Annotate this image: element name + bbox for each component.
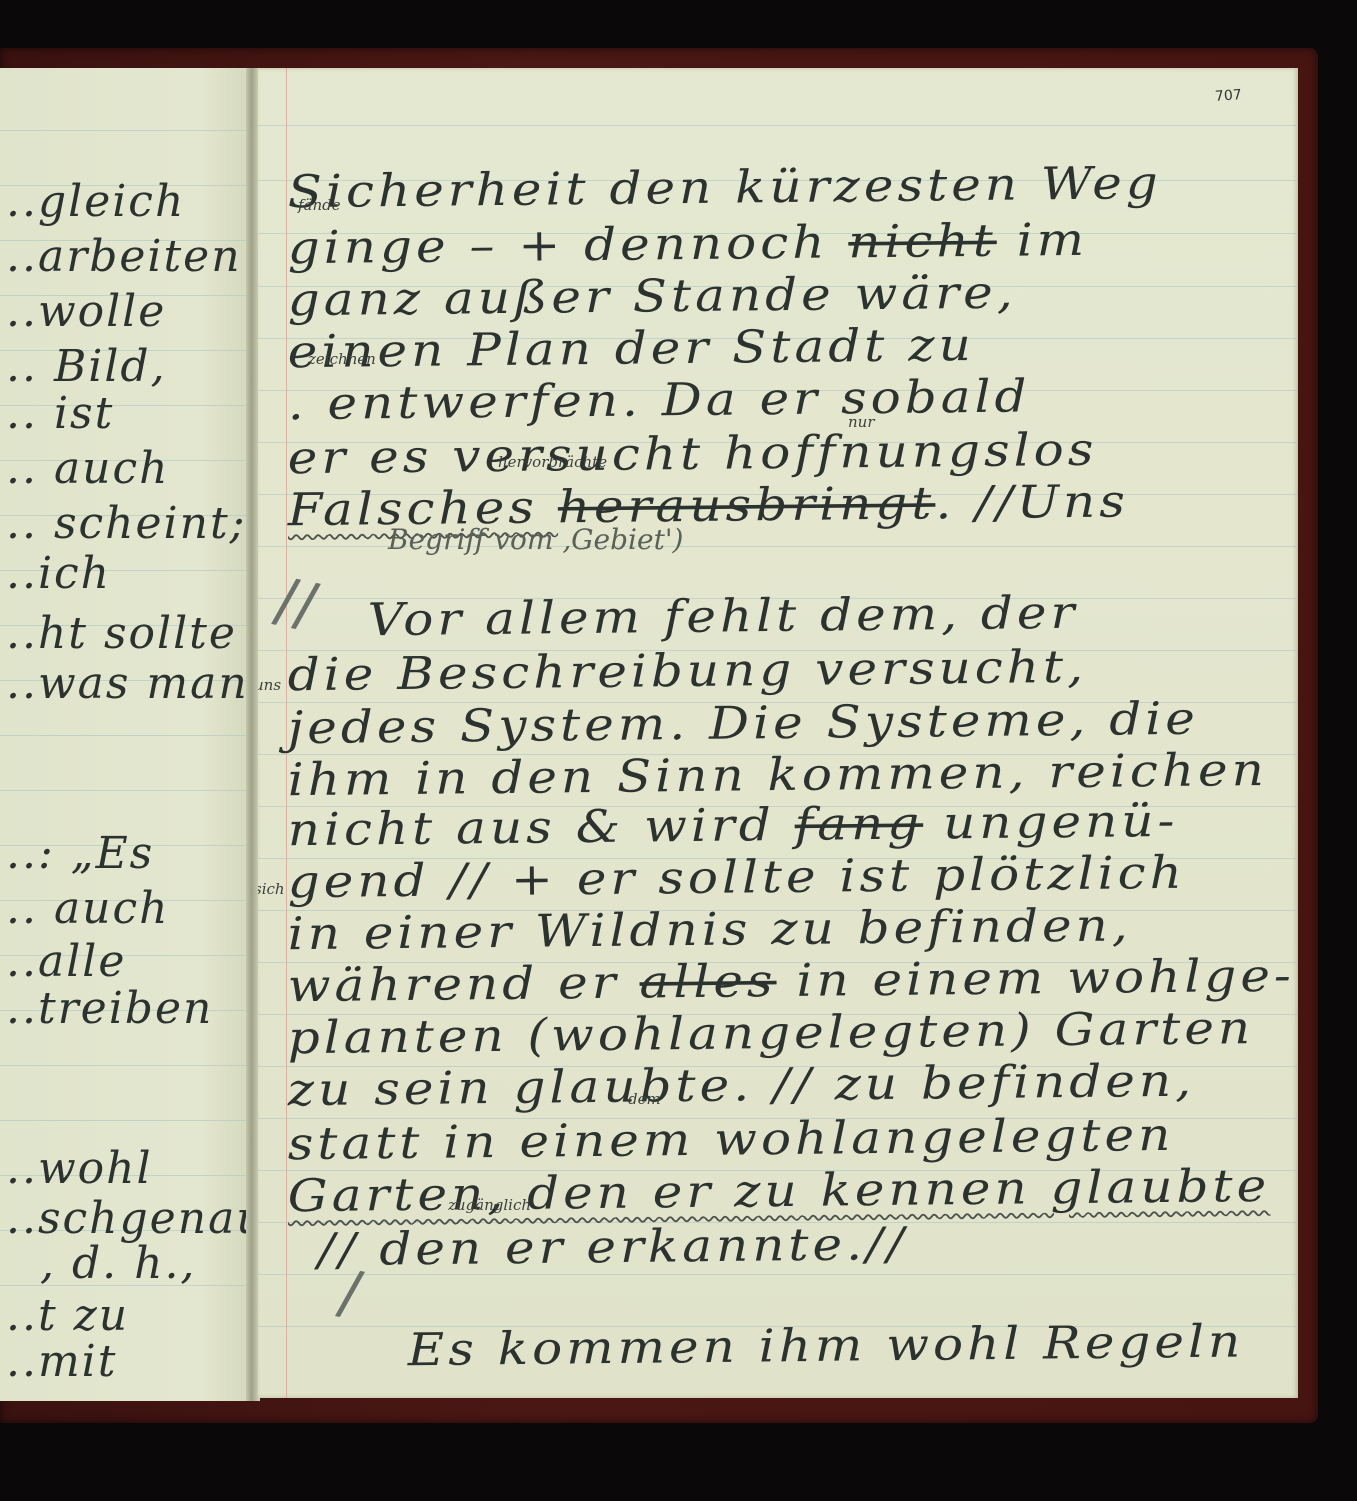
left-line: ...gleich (0, 176, 185, 227)
left-line: ... scheint; (0, 498, 246, 549)
handwritten-line: ganz außer Stande wäre, (287, 266, 1016, 326)
left-line: ...was man (0, 658, 249, 709)
line-text: . //Uns (935, 475, 1129, 529)
page-number: 707 (1215, 87, 1243, 105)
handwritten-line: in einer Wildnis zu befinden, (287, 899, 1131, 960)
left-line: ...schgenau (0, 1193, 250, 1244)
left-line: ...treiben (0, 983, 213, 1034)
line-text: im (996, 213, 1088, 266)
line-text: in einem wohlge- (776, 949, 1295, 1007)
handwritten-line: Garten, den er zu kennen glaubte (287, 1160, 1270, 1222)
ruled-line (0, 790, 250, 791)
line-text: Garten, den er zu kennen glaubte (287, 1160, 1270, 1222)
left-line: ...arbeiten (0, 231, 242, 282)
line-text: ginge – + dennoch (287, 216, 848, 274)
left-line: ...: „Es (0, 828, 154, 879)
interlinear-insertion: zugänglich (448, 1196, 531, 1214)
handwritten-line: nicht aus & wird fang ungenü- (287, 794, 1178, 856)
left-line: ...ht sollte (0, 608, 237, 659)
left-line: ...wohl (0, 1143, 153, 1194)
interlinear-insertion: sich (258, 880, 285, 898)
handwritten-line: // den er erkannte.// (317, 1218, 907, 1276)
handwritten-line: Es kommen ihm wohl Regeln (407, 1315, 1244, 1376)
handwritten-line: . entwerfen. Da er sobald (287, 370, 1030, 430)
editorial-mark: // (269, 565, 323, 642)
left-page: ...gleich ...arbeiten ...wolle ... Bild,… (0, 68, 250, 1401)
ruled-line (0, 1120, 250, 1121)
left-line: ... auch (0, 443, 170, 494)
left-line: ...t zu (0, 1290, 129, 1341)
left-line: ... auch (0, 883, 170, 934)
handwritten-line: einen Plan der Stadt zu (287, 319, 975, 378)
interlinear-insertion: zeichnen (308, 350, 376, 368)
handwritten-line: er es versucht hoffnungslos (287, 423, 1097, 484)
left-line: , d. h., (40, 1238, 196, 1289)
interlinear-insertion: fände (298, 196, 341, 214)
line-text: nicht aus & wird (287, 798, 794, 856)
notebook-scan: ...gleich ...arbeiten ...wolle ... Bild,… (0, 0, 1357, 1501)
struck-word: alles (639, 955, 777, 1009)
struck-word: fang (794, 797, 923, 851)
handwritten-line: gend // + er sollte ist plötzlich (287, 846, 1186, 908)
interlinear-insertion: hervorbrächte (498, 453, 607, 471)
right-page: 707 Sicherheit den kürzesten Weg fände g… (258, 68, 1298, 1398)
interlinear-insertion: dem (628, 1090, 661, 1108)
handwritten-line: die Beschreibung versucht, (287, 640, 1087, 701)
ruled-line (258, 125, 1298, 126)
left-line: ...alle (0, 936, 126, 987)
interlinear-insertion: uns (258, 676, 281, 694)
struck-word: nicht (848, 214, 997, 268)
handwritten-line: Vor allem fehlt dem, der (367, 586, 1078, 646)
left-line: ...wolle (0, 286, 166, 337)
handwritten-line: zu sein glaubte. // zu befinden, (287, 1054, 1195, 1116)
pencil-note: Begriff vom ‚Gebiet') (388, 523, 683, 556)
line-text: ungenü- (923, 794, 1179, 849)
line-text: während er (287, 956, 639, 1012)
left-line: ...ich (0, 548, 111, 599)
ruled-line (0, 735, 250, 736)
left-line: ... ist (0, 388, 114, 439)
handwritten-line: statt in einem wohlangelegten (287, 1109, 1174, 1170)
left-line: ...mit (0, 1336, 117, 1387)
left-line: ... Bild, (0, 341, 167, 392)
ruled-line (0, 1065, 250, 1066)
handwritten-line: Sicherheit den kürzesten Weg (287, 157, 1162, 218)
handwritten-line: ginge – + dennoch nicht im (287, 213, 1088, 274)
ruled-line (0, 130, 250, 131)
